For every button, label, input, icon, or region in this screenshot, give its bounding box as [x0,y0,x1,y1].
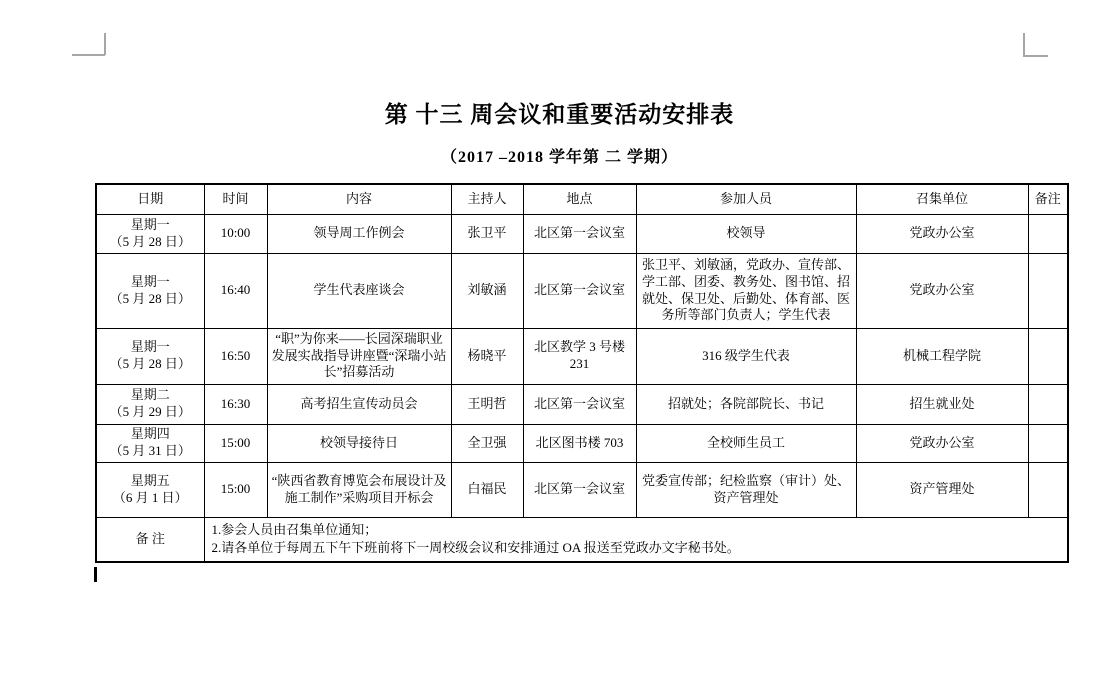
cell-time: 16:30 [204,384,267,424]
cell-organizer: 招生就业处 [856,384,1028,424]
cell-date: 星期五 （6 月 1 日） [96,462,204,517]
text-boundary-mark-top-right-vertical [1023,33,1025,56]
remarks-label: 备 注 [96,517,204,562]
cell-host: 全卫强 [451,424,523,462]
cell-time: 15:00 [204,424,267,462]
remarks-cell: 1.参会人员由召集单位通知； 2.请各单位于每周五下午下班前将下一周校级会议和安… [204,517,1068,562]
remark-line: 2.请各单位于每周五下午下班前将下一周校级会议和安排通过 OA 报送至党政办文字… [212,540,1066,557]
cell-date: 星期四 （5 月 31 日） [96,424,204,462]
cell-content: 高考招生宣传动员会 [267,384,451,424]
cell-time: 16:50 [204,328,267,384]
header-content: 内容 [267,184,451,214]
cell-note [1028,328,1068,384]
cell-participants: 校领导 [636,214,856,253]
table-header-row: 日期 时间 内容 主持人 地点 参加人员 召集单位 备注 [96,184,1068,214]
cell-organizer: 党政办公室 [856,253,1028,328]
cell-participants: 招就处；各院部院长、书记 [636,384,856,424]
remark-line: 1.参会人员由召集单位通知； [212,522,1066,539]
table-row: 星期二 （5 月 29 日） 16:30 高考招生宣传动员会 王明哲 北区第一会… [96,384,1068,424]
cell-note [1028,424,1068,462]
cell-organizer: 资产管理处 [856,462,1028,517]
cell-note [1028,462,1068,517]
cell-date: 星期一 （5 月 28 日） [96,214,204,253]
cell-location: 北区第一会议室 [523,214,636,253]
cell-host: 白福民 [451,462,523,517]
cell-note [1028,384,1068,424]
cell-host: 张卫平 [451,214,523,253]
cell-note [1028,253,1068,328]
cell-content: 学生代表座谈会 [267,253,451,328]
cell-participants: 张卫平、刘敏涵，党政办、宣传部、学工部、团委、教务处、图书馆、招就处、保卫处、后… [636,253,856,328]
text-boundary-mark-top-right-horizontal [1023,55,1048,57]
header-date: 日期 [96,184,204,214]
document-title: 第 十三 周会议和重要活动安排表 [0,96,1119,129]
header-time: 时间 [204,184,267,214]
cell-participants: 全校师生员工 [636,424,856,462]
document-subtitle: （2017 –2018 学年第 二 学期） [0,144,1119,167]
cell-content: “职”为你来——长园深瑞职业发展实战指导讲座暨“深瑞小站长”招募活动 [267,328,451,384]
text-cursor [94,567,97,582]
cell-time: 10:00 [204,214,267,253]
cell-host: 刘敏涵 [451,253,523,328]
cell-location: 北区教学 3 号楼 231 [523,328,636,384]
header-note: 备注 [1028,184,1068,214]
cell-location: 北区第一会议室 [523,462,636,517]
header-location: 地点 [523,184,636,214]
weekly-schedule-table: 日期 时间 内容 主持人 地点 参加人员 召集单位 备注 星期一 （5 月 28… [95,183,1069,563]
cell-participants: 316 级学生代表 [636,328,856,384]
cell-content: “陕西省教育博览会布展设计及施工制作”采购项目开标会 [267,462,451,517]
header-organizer: 召集单位 [856,184,1028,214]
cell-content: 校领导接待日 [267,424,451,462]
cell-organizer: 党政办公室 [856,214,1028,253]
table-row: 星期五 （6 月 1 日） 15:00 “陕西省教育博览会布展设计及施工制作”采… [96,462,1068,517]
table-row: 星期一 （5 月 28 日） 10:00 领导周工作例会 张卫平 北区第一会议室… [96,214,1068,253]
cell-note [1028,214,1068,253]
cell-location: 北区第一会议室 [523,253,636,328]
header-host: 主持人 [451,184,523,214]
table-row: 星期一 （5 月 28 日） 16:50 “职”为你来——长园深瑞职业发展实战指… [96,328,1068,384]
table-row: 星期一 （5 月 28 日） 16:40 学生代表座谈会 刘敏涵 北区第一会议室… [96,253,1068,328]
cell-location: 北区第一会议室 [523,384,636,424]
cell-content: 领导周工作例会 [267,214,451,253]
cell-time: 16:40 [204,253,267,328]
cell-participants: 党委宣传部；纪检监察（审计）处、资产管理处 [636,462,856,517]
text-boundary-mark-top-left-vertical [104,33,106,55]
header-participants: 参加人员 [636,184,856,214]
text-boundary-mark-top-left-horizontal [72,54,105,56]
cell-location: 北区图书楼 703 [523,424,636,462]
remarks-row: 备 注 1.参会人员由召集单位通知； 2.请各单位于每周五下午下班前将下一周校级… [96,517,1068,562]
cell-host: 杨晓平 [451,328,523,384]
table-row: 星期四 （5 月 31 日） 15:00 校领导接待日 全卫强 北区图书楼 70… [96,424,1068,462]
cell-organizer: 党政办公室 [856,424,1028,462]
cell-date: 星期一 （5 月 28 日） [96,328,204,384]
cell-date: 星期二 （5 月 29 日） [96,384,204,424]
cell-time: 15:00 [204,462,267,517]
document-page: 第 十三 周会议和重要活动安排表 （2017 –2018 学年第 二 学期） 日… [0,0,1119,686]
cell-date: 星期一 （5 月 28 日） [96,253,204,328]
cell-host: 王明哲 [451,384,523,424]
cell-organizer: 机械工程学院 [856,328,1028,384]
